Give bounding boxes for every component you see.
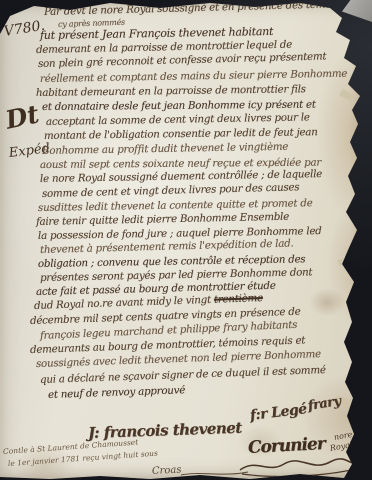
- torn-edge-flap: [337, 256, 351, 266]
- manuscript-line: Par devt le nore Royal soussigné et en p…: [44, 0, 346, 18]
- signature-frary: frary: [307, 394, 342, 414]
- bottom-paraph: Croas: [152, 464, 182, 477]
- manuscript-line: acceptant la somme de cent vingt deux li…: [46, 111, 310, 128]
- manuscript-line: et neuf de renvoy approuvé: [48, 384, 185, 401]
- struck-word: trentième: [214, 292, 263, 306]
- torn-edge-flap: [339, 89, 355, 102]
- notary-title-line2: Royal: [329, 440, 353, 453]
- archive-scan: { "scan": { "background_color": "#14161b…: [0, 0, 372, 480]
- manuscript-line: habitant demeurant en la parroisse de mo…: [36, 83, 306, 99]
- notary-paraph-flourish: [238, 456, 364, 476]
- manuscript-paper: V780. Dt Expéd Par devt le nore Royal so…: [0, 0, 372, 480]
- manuscript-line: montant de l'obligation consentie par le…: [44, 126, 318, 142]
- signature-lege: f:r Legé: [249, 401, 307, 424]
- notary-monogram: Dt: [3, 99, 42, 134]
- scan-backdrop-corner: [342, 0, 372, 22]
- manuscript-line: Bonhomme au proffit dudit thevenet le vi…: [42, 141, 288, 157]
- manuscript-line: et donnataire desle feut jean Bonhomme i…: [42, 99, 316, 113]
- bottom-paraph-swash: [180, 470, 250, 478]
- signature-notary: Corunier: [247, 434, 325, 458]
